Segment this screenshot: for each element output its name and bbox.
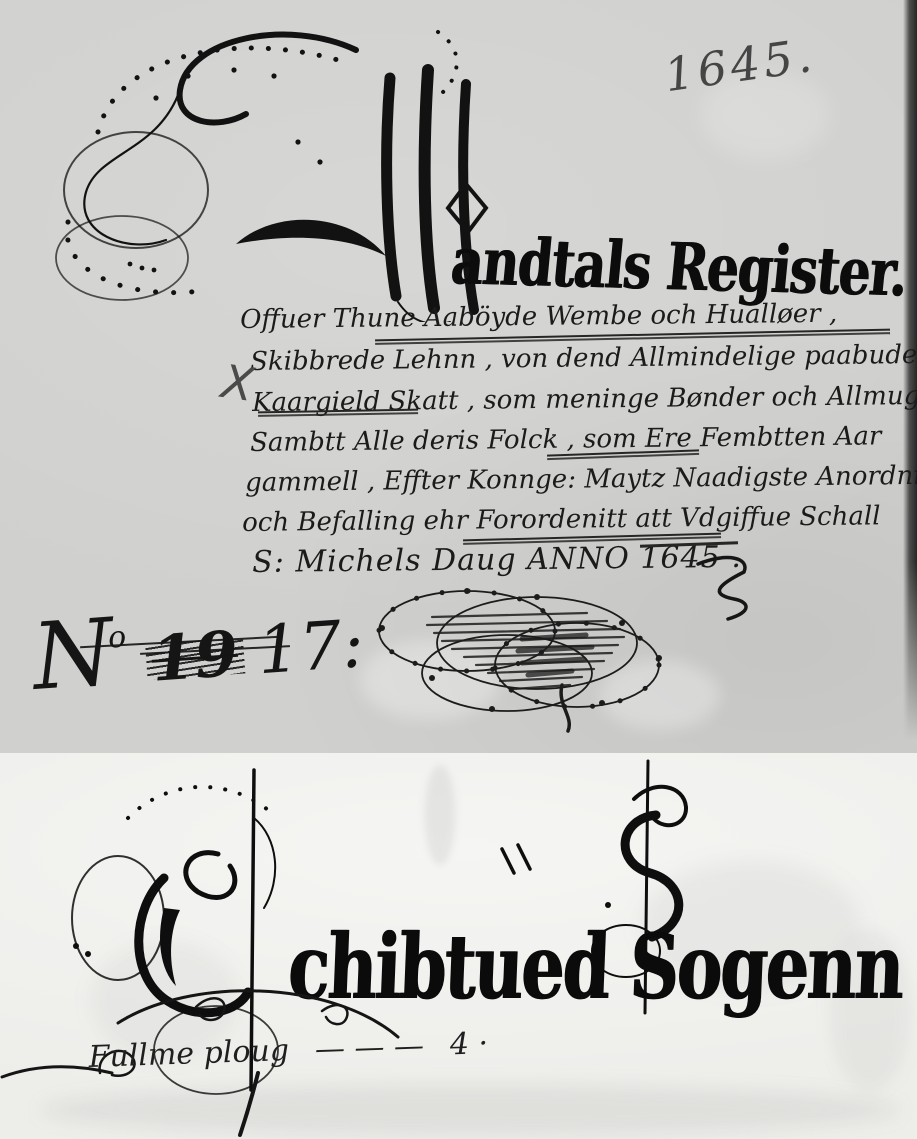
pen-flourish-z xyxy=(688,552,758,622)
entry-label: Fullme ploug xyxy=(88,1033,290,1075)
number-old-value: 19 xyxy=(144,622,246,691)
number-ordinal: o xyxy=(107,620,127,656)
number-stamp: N o 19 17: xyxy=(30,589,367,704)
ornamental-initial-m xyxy=(38,12,498,322)
entry-value: 4 · xyxy=(449,1026,488,1062)
paper-smudge xyxy=(425,765,455,865)
body-line: gammell , Effter Konnge: Maytz Naadigste… xyxy=(245,461,917,498)
body-line: Offuer Thune Aaböyde Wembe och Hualløer … xyxy=(240,299,837,335)
page-title: andtals Register. xyxy=(448,222,911,311)
number-current-value: 17: xyxy=(255,611,366,684)
body-line: Skibbrede Lehnn , von dend Allmindelige … xyxy=(250,340,917,377)
scan-section-top: 1645. andtals Register. Offuer Thune Aab… xyxy=(0,0,917,753)
margin-x-mark: X xyxy=(218,354,257,412)
body-line: Kaargield Skatt , som meninge Bønder och… xyxy=(252,381,917,418)
scan-section-bottom: chibtued Sogenn , Fullme ploug— — —4 · xyxy=(0,753,917,1139)
body-line: Sambtt Alle deris Folck , som Ere Fembtt… xyxy=(250,421,881,458)
number-prefix: N xyxy=(30,607,117,704)
pen-flourish-scribble xyxy=(372,583,672,733)
manuscript-page: 1645. andtals Register. Offuer Thune Aab… xyxy=(0,0,917,1139)
entry-dashes: — — — xyxy=(314,1028,424,1067)
body-line: och Befalling ehr Forordenitt att Vdgiff… xyxy=(242,501,881,538)
